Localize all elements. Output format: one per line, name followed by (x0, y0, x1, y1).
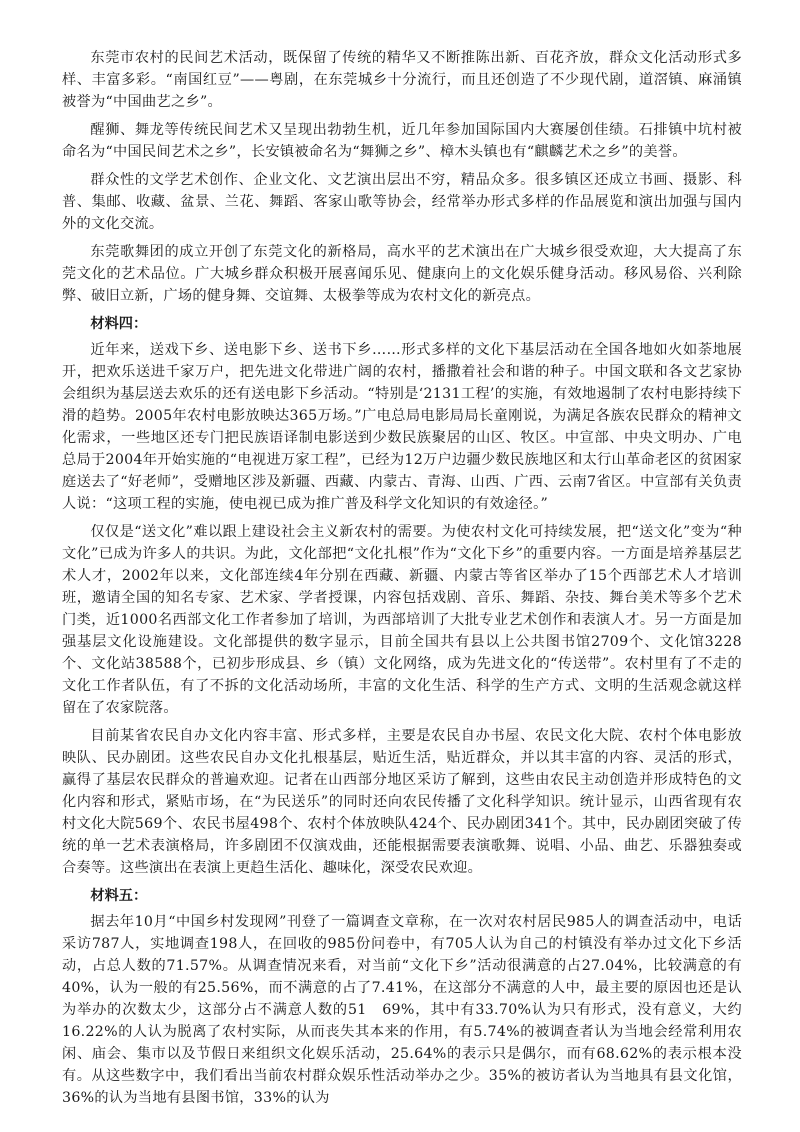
paragraph-culture-to-countryside: 近年来，送戏下乡、送电影下乡、送书下乡……形式多样的文化下基层活动在全国各地如火… (62, 339, 742, 515)
paragraph-farmer-self-run-culture: 目前某省农民自办文化内容丰富、形式多样，主要是农民自办书屋、农民文化大院、农村个… (62, 725, 742, 879)
paragraph-mass-literary-creation: 群众性的文学艺术创作、企业文化、文艺演出层出不穷，精品众多。很多镇区还成立书画、… (62, 169, 742, 235)
document-page: 东莞市农村的民间艺术活动，既保留了传统的精华又不断推陈出新、百花齐放，群众文化活… (62, 47, 742, 1115)
section-heading-material-five: 材料五： (62, 885, 742, 907)
paragraph-survey-results: 据去年10月“中国乡村发现网”刊登了一篇调查文章称，在一次对农村居民985人的调… (62, 911, 742, 1109)
section-heading-material-four: 材料四： (62, 313, 742, 335)
paragraph-dongguan-folk-art: 东莞市农村的民间艺术活动，既保留了传统的精华又不断推陈出新、百花齐放，群众文化活… (62, 47, 742, 113)
paragraph-dongguan-song-dance-troupe: 东莞歌舞团的成立开创了东莞文化的新格局，高水平的艺术演出在广大城乡很受欢迎，大大… (62, 241, 742, 307)
paragraph-lion-dragon-dance: 醒狮、舞龙等传统民间艺术又呈现出勃勃生机，近几年参加国际国内大赛屡创佳绩。石排镇… (62, 119, 742, 163)
paragraph-planting-culture: 仅仅是“送文化”难以跟上建设社会主义新农村的需要。为使农村文化可持续发展，把“送… (62, 521, 742, 719)
